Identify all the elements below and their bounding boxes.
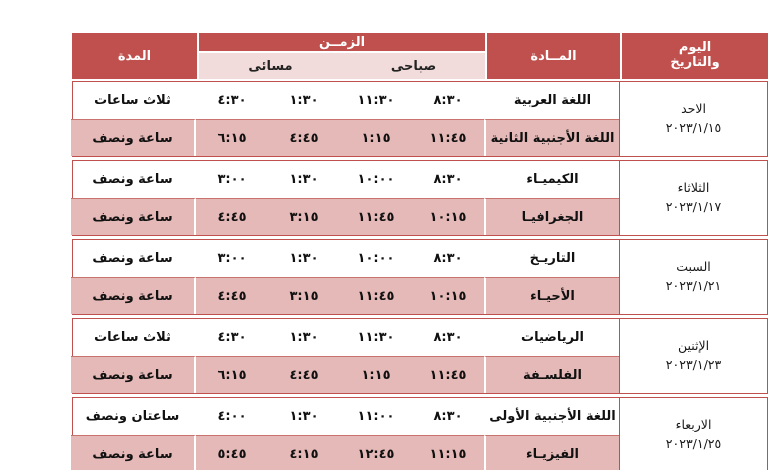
day-date: ٢٠٢٣/١/١٥ xyxy=(666,119,721,138)
header-time-subrow: صباحى مسائى xyxy=(199,53,485,79)
time-cell: ١١:١٥ xyxy=(412,435,484,470)
time-cell: ٥:٤٥ xyxy=(196,435,268,470)
table-header-row: اليوم والتاريخ المــادة الزمــن صباحى مس… xyxy=(72,33,768,79)
time-cell: ١٢:٤٥ xyxy=(340,435,412,470)
day-name: الإثنين xyxy=(678,337,709,356)
day-name: الثلاثاء xyxy=(678,179,710,198)
day-date-cell: الاحد ٢٠٢٣/١/١٥ xyxy=(619,82,767,156)
time-cell: ٨:٣٠ xyxy=(412,161,484,198)
day-group-sunday: الاحد ٢٠٢٣/١/١٥ اللغة العربية ٨:٣٠ ١١:٣٠… xyxy=(72,81,768,157)
day-date-cell: الثلاثاء ٢٠٢٣/١/١٧ xyxy=(619,161,767,235)
day-group-monday: الإثنين ٢٠٢٣/١/٢٣ الرياضيات ٨:٣٠ ١١:٣٠ ١… xyxy=(72,318,768,394)
day-name: السبت xyxy=(676,258,710,277)
duration-cell: ثلاث ساعات xyxy=(71,82,196,119)
subject-cell: اللغة العربية xyxy=(484,82,619,119)
subject-cell: الجغرافيـا xyxy=(484,198,619,235)
day-name: الاربعاء xyxy=(676,416,712,435)
subject-cell: اللغة الأجنبية الثانية xyxy=(484,119,619,156)
time-cell: ١١:٠٠ xyxy=(340,398,412,435)
header-day-line1: اليوم xyxy=(679,41,711,56)
time-cell: ٤:١٥ xyxy=(268,435,340,470)
day-date-cell: السبت ٢٠٢٣/١/٢١ xyxy=(619,240,767,314)
day-date: ٢٠٢٣/١/٢٣ xyxy=(666,356,721,375)
time-cell: ٤:٤٥ xyxy=(268,356,340,393)
day-date-cell: الإثنين ٢٠٢٣/١/٢٣ xyxy=(619,319,767,393)
time-cell: ٣:٠٠ xyxy=(196,240,268,277)
duration-cell: ساعة ونصف xyxy=(71,119,196,156)
subject-cell: الرياضيات xyxy=(484,319,619,356)
day-name: الاحد xyxy=(681,100,706,119)
header-time: الزمــن xyxy=(199,33,485,53)
time-cell: ٤:٠٠ xyxy=(196,398,268,435)
time-cell: ٣:١٥ xyxy=(268,198,340,235)
subject-cell: الأحيـاء xyxy=(484,277,619,314)
time-cell: ٤:٣٠ xyxy=(196,82,268,119)
time-cell: ٤:٤٥ xyxy=(196,277,268,314)
time-cell: ٨:٣٠ xyxy=(412,82,484,119)
header-morning: صباحى xyxy=(342,53,485,79)
exam-schedule-table: اليوم والتاريخ المــادة الزمــن صباحى مس… xyxy=(72,33,768,470)
time-cell: ١١:٣٠ xyxy=(340,82,412,119)
header-day-date: اليوم والتاريخ xyxy=(620,33,768,79)
day-date: ٢٠٢٣/١/١٧ xyxy=(666,198,721,217)
subject-cell: التاريـخ xyxy=(484,240,619,277)
time-cell: ٨:٣٠ xyxy=(412,398,484,435)
subject-cell: الكيميـاء xyxy=(484,161,619,198)
header-duration: المدة xyxy=(72,33,197,79)
subject-cell: اللغة الأجنبية الأولى xyxy=(484,398,619,435)
time-cell: ١:٣٠ xyxy=(268,161,340,198)
time-cell: ٤:٣٠ xyxy=(196,319,268,356)
time-cell: ٣:٠٠ xyxy=(196,161,268,198)
time-cell: ١:١٥ xyxy=(340,356,412,393)
day-date: ٢٠٢٣/١/٢١ xyxy=(666,277,721,296)
time-cell: ١١:٤٥ xyxy=(340,277,412,314)
time-cell: ١٠:٠٠ xyxy=(340,161,412,198)
duration-cell: ساعة ونصف xyxy=(71,356,196,393)
time-cell: ١:٣٠ xyxy=(268,82,340,119)
duration-cell: ساعتان ونصف xyxy=(71,398,196,435)
time-cell: ١٠:٠٠ xyxy=(340,240,412,277)
subject-cell: الفلسـفة xyxy=(484,356,619,393)
header-subject: المــادة xyxy=(485,33,620,79)
time-cell: ١١:٤٥ xyxy=(340,198,412,235)
time-cell: ٦:١٥ xyxy=(196,119,268,156)
time-cell: ١:١٥ xyxy=(340,119,412,156)
time-cell: ١:٣٠ xyxy=(268,398,340,435)
time-cell: ١:٣٠ xyxy=(268,240,340,277)
document-page: { "colors": { "header_red": "#C0504D", "… xyxy=(0,0,780,470)
time-cell: ٤:٤٥ xyxy=(196,198,268,235)
time-cell: ٨:٣٠ xyxy=(412,240,484,277)
duration-cell: ساعة ونصف xyxy=(71,435,196,470)
header-evening: مسائى xyxy=(199,53,342,79)
time-cell: ٨:٣٠ xyxy=(412,319,484,356)
time-cell: ١:٣٠ xyxy=(268,319,340,356)
day-group-tuesday: الثلاثاء ٢٠٢٣/١/١٧ الكيميـاء ٨:٣٠ ١٠:٠٠ … xyxy=(72,160,768,236)
subject-cell: الفيزيـاء xyxy=(484,435,619,470)
day-date: ٢٠٢٣/١/٢٥ xyxy=(666,435,721,454)
duration-cell: ساعة ونصف xyxy=(71,198,196,235)
duration-cell: ثلاث ساعات xyxy=(71,319,196,356)
time-cell: ٣:١٥ xyxy=(268,277,340,314)
header-day-line2: والتاريخ xyxy=(670,56,719,71)
duration-cell: ساعة ونصف xyxy=(71,161,196,198)
header-time-group: الزمــن صباحى مسائى xyxy=(197,33,485,79)
time-cell: ٦:١٥ xyxy=(196,356,268,393)
day-date-cell: الاربعاء ٢٠٢٣/١/٢٥ xyxy=(619,398,767,470)
time-cell: ١٠:١٥ xyxy=(412,277,484,314)
duration-cell: ساعة ونصف xyxy=(71,277,196,314)
day-group-wednesday: الاربعاء ٢٠٢٣/١/٢٥ اللغة الأجنبية الأولى… xyxy=(72,397,768,470)
time-cell: ٤:٤٥ xyxy=(268,119,340,156)
duration-cell: ساعة ونصف xyxy=(71,240,196,277)
time-cell: ١١:٤٥ xyxy=(412,356,484,393)
time-cell: ١١:٣٠ xyxy=(340,319,412,356)
time-cell: ١٠:١٥ xyxy=(412,198,484,235)
day-group-saturday: السبت ٢٠٢٣/١/٢١ التاريـخ ٨:٣٠ ١٠:٠٠ ١:٣٠… xyxy=(72,239,768,315)
time-cell: ١١:٤٥ xyxy=(412,119,484,156)
